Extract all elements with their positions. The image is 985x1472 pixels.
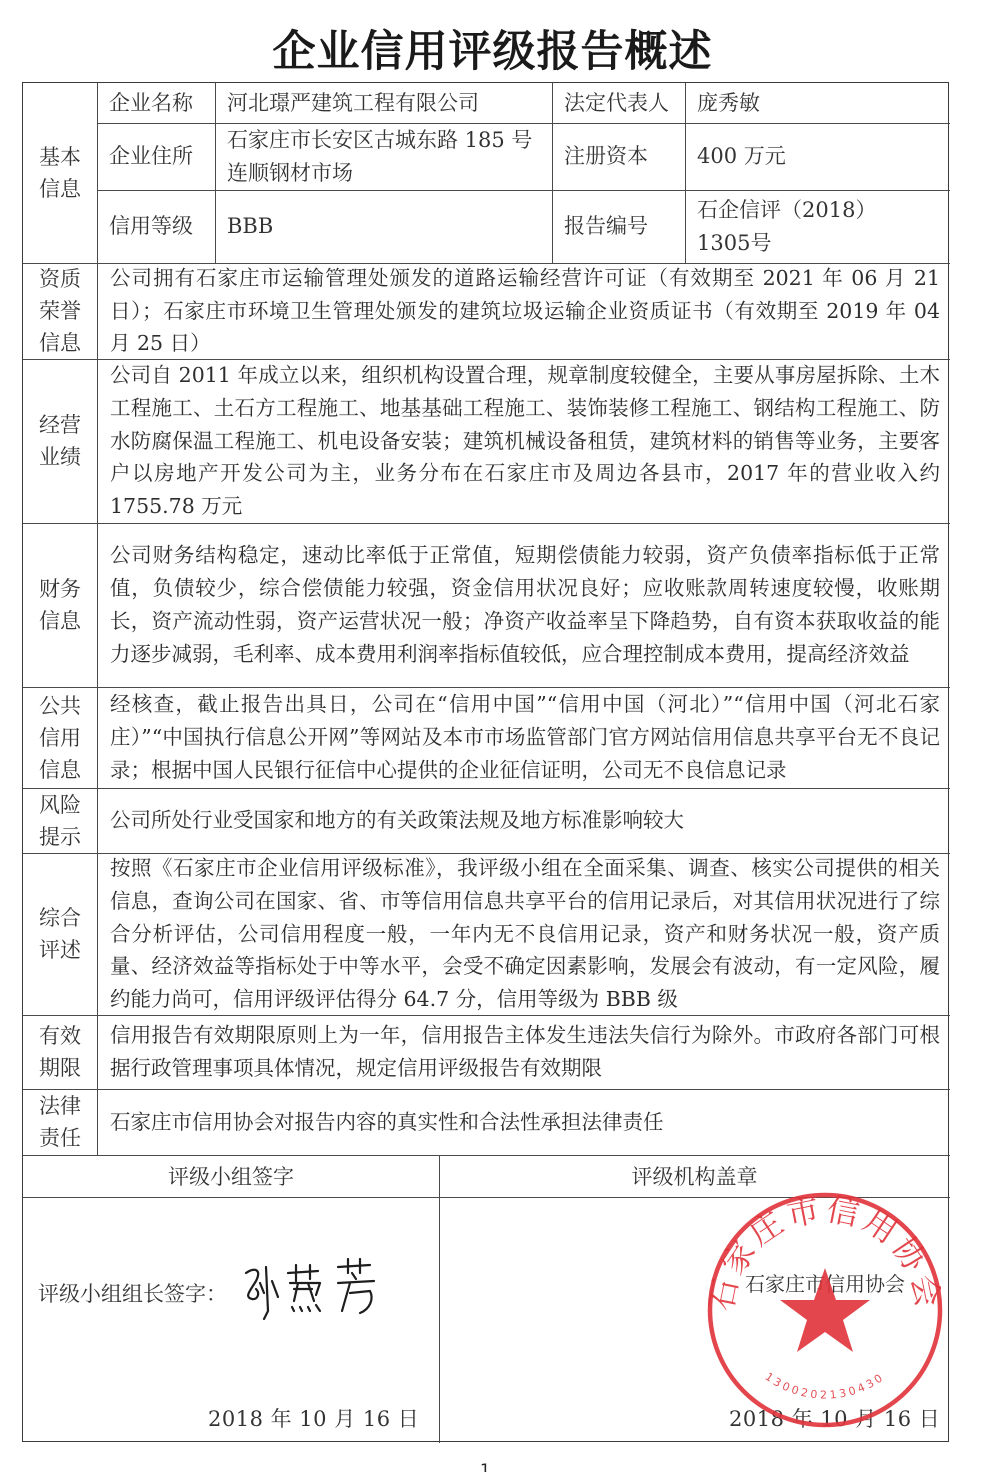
star-icon xyxy=(780,1268,870,1352)
report-no-value: 石企信评（2018）1305号 xyxy=(685,190,915,263)
section-text-financial: 公司财务结构稳定，速动比率低于正常值，短期偿债能力较弱，资产负债率指标低于正常值… xyxy=(98,523,948,687)
section-text: 石家庄市信用协会对报告内容的真实性和合法性承担法律责任 xyxy=(110,1106,664,1139)
section-label: 综合评述 xyxy=(33,902,87,966)
row-label-validity: 有效期限 xyxy=(23,1015,97,1089)
section-text-risk: 公司所处行业受国家和地方的有关政策法规及地方标准影响较大 xyxy=(98,788,948,853)
section-label: 风险提示 xyxy=(33,789,87,853)
section-text: 公司所处行业受国家和地方的有关政策法规及地方标准影响较大 xyxy=(110,804,684,837)
section-label: 财务信息 xyxy=(33,573,87,637)
reg-capital-value: 400 万元 xyxy=(685,123,950,190)
field-label-credit-rating: 信用等级 xyxy=(97,190,215,263)
handwritten-signature xyxy=(238,1253,388,1333)
legal-rep-value: 庞秀敏 xyxy=(685,83,950,123)
field-label-company-name: 企业名称 xyxy=(97,83,215,123)
row-label-legal: 法律责任 xyxy=(23,1089,97,1155)
page-number: 1 xyxy=(480,1460,490,1472)
section-text: 公司自 2011 年成立以来，组织机构设置合理，规章制度较健全，主要从事房屋拆除… xyxy=(110,359,940,523)
section-text: 公司拥有石家庄市运输管理处颁发的道路运输经营许可证（有效期至 2021 年 06… xyxy=(110,262,940,360)
signature-date: 2018 年 10 月 16 日 xyxy=(208,1403,419,1433)
section-label: 资质荣誉信息 xyxy=(33,263,87,359)
document-title: 企业信用评级报告概述 xyxy=(0,18,985,79)
official-seal-stamp: 石家庄市信用协会 1300202130430 xyxy=(705,1190,945,1430)
field-label-reg-capital: 注册资本 xyxy=(552,123,685,190)
section-label: 有效期限 xyxy=(33,1020,87,1084)
divider xyxy=(439,1155,440,1443)
seal-code: 1300202130430 xyxy=(763,1370,888,1402)
row-label-qualifications: 资质荣誉信息 xyxy=(23,263,97,359)
section-label: 法律责任 xyxy=(33,1090,87,1154)
section-text-summary: 按照《石家庄市企业信用评级标准》，我评级小组在全面采集、调查、核实公司提供的相关… xyxy=(98,853,948,1015)
leader-signature-label: 评级小组组长签字： xyxy=(38,1278,227,1308)
basic-info-label: 基本信息 xyxy=(33,141,87,205)
section-text-qualifications: 公司拥有石家庄市运输管理处颁发的道路运输经营许可证（有效期至 2021 年 06… xyxy=(98,263,948,359)
section-text: 公司财务结构稳定，速动比率低于正常值，短期偿债能力较弱，资产负债率指标低于正常值… xyxy=(110,539,940,670)
company-name-value: 河北璟严建筑工程有限公司 xyxy=(215,83,552,123)
row-label-public-credit: 公共信用信息 xyxy=(23,687,97,788)
section-text: 按照《石家庄市企业信用评级标准》，我评级小组在全面采集、调查、核实公司提供的相关… xyxy=(110,852,940,1016)
section-label: 公共信用信息 xyxy=(33,690,87,786)
field-label-legal-rep: 法定代表人 xyxy=(552,83,685,123)
section-text: 经核查，截止报告出具日，公司在“信用中国”“信用中国（河北）”“信用中国（河北石… xyxy=(110,688,940,786)
row-label-summary: 综合评述 xyxy=(23,853,97,1015)
section-text-legal: 石家庄市信用协会对报告内容的真实性和合法性承担法律责任 xyxy=(98,1089,948,1155)
row-label-basic-info: 基本信息 xyxy=(23,83,97,263)
row-label-performance: 经营业绩 xyxy=(23,359,97,523)
field-label-address: 企业住所 xyxy=(97,123,215,190)
section-text: 信用报告有效期限原则上为一年，信用报告主体发生违法失信行为除外。市政府各部门可根… xyxy=(110,1019,940,1085)
section-text-public-credit: 经核查，截止报告出具日，公司在“信用中国”“信用中国（河北）”“信用中国（河北石… xyxy=(98,687,948,788)
field-label-report-no: 报告编号 xyxy=(552,190,685,263)
section-text-performance: 公司自 2011 年成立以来，组织机构设置合理，规章制度较健全，主要从事房屋拆除… xyxy=(98,359,948,523)
section-text-validity: 信用报告有效期限原则上为一年，信用报告主体发生违法失信行为除外。市政府各部门可根… xyxy=(98,1015,948,1089)
signature-header: 评级小组签字 xyxy=(23,1155,439,1197)
row-label-risk: 风险提示 xyxy=(23,788,97,853)
address-value: 石家庄市长安区古城东路 185 号连顺钢材市场 xyxy=(215,123,552,190)
section-label: 经营业绩 xyxy=(33,409,87,473)
credit-rating-value: BBB xyxy=(215,190,552,263)
row-label-financial: 财务信息 xyxy=(23,523,97,687)
